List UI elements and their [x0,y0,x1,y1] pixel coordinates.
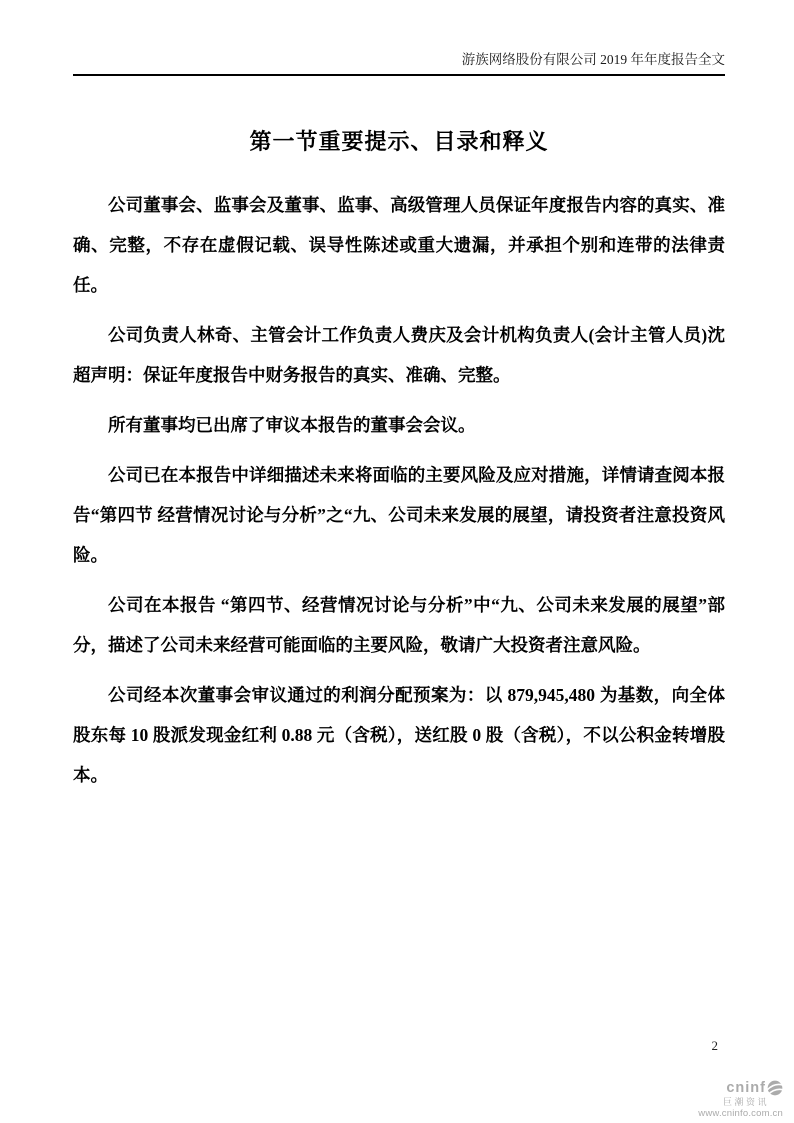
header-rule [73,74,725,76]
cninfo-url: www.cninfo.com.cn [698,1109,783,1119]
paragraph-board-guarantee: 公司董事会、监事会及董事、监事、高级管理人员保证年度报告内容的真实、准确、完整，… [73,185,725,305]
page-number: 2 [73,1038,718,1054]
report-page: 游族网络股份有限公司 2019 年年度报告全文 第一节重要提示、目录和释义 公司… [0,0,794,1123]
paragraph-responsible-persons: 公司负责人林奇、主管会计工作负责人费庆及会计机构负责人(会计主管人员)沈超声明：… [73,315,725,395]
cninfo-brand-text: cninf [726,1081,766,1096]
cninfo-swirl-icon [767,1080,783,1096]
paragraph-risk-description: 公司已在本报告中详细描述未来将面临的主要风险及应对措施，详情请查阅本报告“第四节… [73,455,725,575]
paragraph-directors-attendance: 所有董事均已出席了审议本报告的董事会会议。 [73,405,725,445]
paragraph-risk-outlook: 公司在本报告 “第四节、经营情况讨论与分析”中“九、公司未来发展的展望”部分，描… [73,585,725,665]
cninfo-logo-wordmark: cninf [698,1080,783,1096]
header-title: 游族网络股份有限公司 2019 年年度报告全文 [462,48,725,68]
cninfo-logo: cninf 巨潮资讯 www.cninfo.com.cn [698,1080,783,1119]
document-body: 公司董事会、监事会及董事、监事、高级管理人员保证年度报告内容的真实、准确、完整，… [73,185,725,805]
paragraph-profit-distribution: 公司经本次董事会审议通过的利润分配预案为：以 879,945,480 为基数，向… [73,675,725,795]
page-header: 游族网络股份有限公司 2019 年年度报告全文 [73,0,725,72]
cninfo-chinese-name: 巨潮资讯 [698,1098,769,1107]
section-title: 第一节重要提示、目录和释义 [73,125,725,156]
